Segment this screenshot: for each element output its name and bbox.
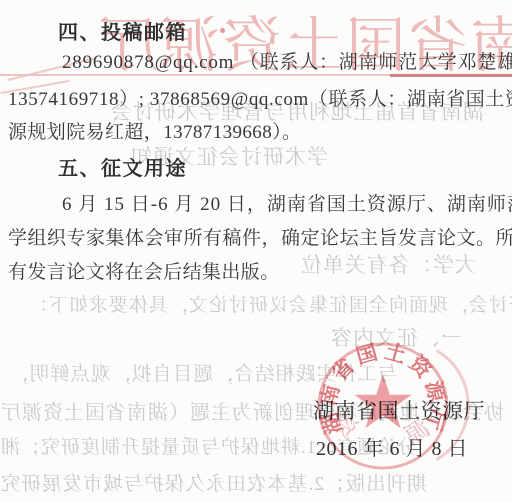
bleedthrough-line: 大学：各有关单位	[300, 249, 476, 279]
body-line: 6 月 15 日-6 月 20 日，湖南省国土资源厅、湖南师范大	[62, 189, 512, 216]
body-line: 13574169718）; 37868569@qq.com（联系人：湖南省国土资	[8, 84, 512, 111]
seal-star-icon	[355, 374, 412, 428]
official-seal: 湖南省国土资源厅 资 源	[303, 336, 481, 484]
body-line: 学组织专家集体会审所有稿件，确定论坛主旨发言论文。所	[8, 223, 512, 250]
seal-ghost-ring	[437, 350, 469, 459]
scanned-document-page: 湖南省国土资源厅 湖南省首届土地利用与管理学术研讨会 学术研讨会征文通知 大学：…	[0, 0, 512, 502]
section-5-heading: 五、征文用途	[58, 152, 187, 181]
pink-rule-dark-segment	[390, 74, 512, 77]
red-ink-dot	[220, 28, 225, 33]
section-4-heading: 四、投稿邮箱	[58, 16, 187, 45]
bleedthrough-line: 研讨会，现面向全国征集会议研讨论文，具体要求如下：	[28, 290, 512, 317]
body-line: 有发言论文将在会后结集出版。	[8, 257, 280, 284]
body-line: 源规划院易红超，13787139668）。	[8, 117, 301, 144]
body-line: 289690878@qq.com （联系人：湖南师范大学邓楚雄，	[62, 47, 512, 74]
